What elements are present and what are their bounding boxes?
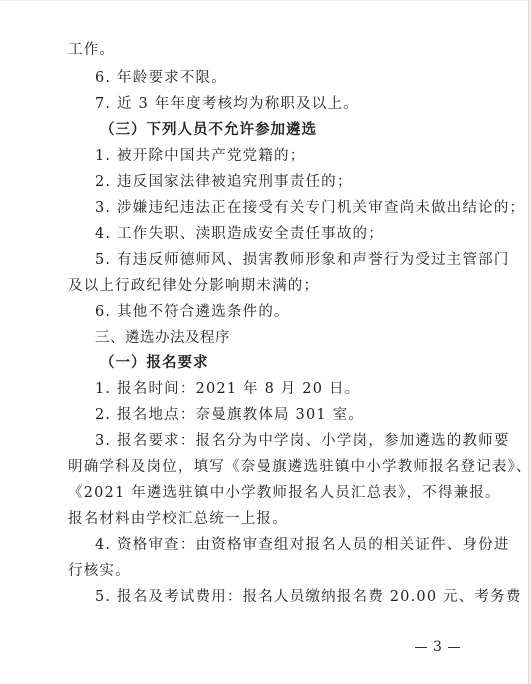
list-item: 2. 报名地点：奈曼旗教体局 301 室。: [95, 405, 364, 425]
list-item: 1. 报名时间：2021 年 8 月 20 日。: [95, 379, 360, 399]
list-item-continuation: 报名材料由学校汇总统一上报。: [68, 509, 288, 529]
list-item: 4. 工作失职、渎职造成安全责任事故的；: [95, 224, 384, 244]
list-item: 3. 涉嫌违纪违法正在接受有关专门机关审查尚未做出结论的；: [95, 198, 525, 218]
list-item-continuation: 明确学科及岗位，填写《奈曼旗遴选驻镇中小学教师报名登记表》、: [68, 457, 531, 477]
list-item: 5. 报名及考试费用：报名人员缴纳报名费 20.00 元、考务费: [95, 587, 522, 607]
list-item-continuation: 《2021 年遴选驻镇中小学教师报名人员汇总表》，不得兼报。: [68, 483, 501, 503]
page-number: 3: [415, 637, 460, 657]
list-item: 1. 被开除中国共产党党籍的；: [95, 146, 305, 166]
document-page: 工作。 6. 年龄要求不限。 7. 近 3 年年度考核均为称职及以上。 （三）下…: [0, 0, 530, 684]
chapter-heading: 三、遴选办法及程序: [95, 328, 230, 348]
list-item: 4. 资格审查：由资格审查组对报名人员的相关证件、身份进: [95, 535, 510, 555]
list-item: 6. 其他不符合遴选条件的。: [95, 302, 290, 322]
text-line: 7. 近 3 年年度考核均为称职及以上。: [95, 94, 359, 114]
list-item-continuation: 行核实。: [68, 561, 131, 581]
text-line: 6. 年龄要求不限。: [95, 68, 227, 88]
page-number-value: 3: [433, 637, 442, 657]
list-item: 5. 有违反师德师风、损害教师形象和声誉行为受过主管部门: [95, 250, 510, 270]
text-line: 工作。: [68, 40, 115, 60]
dash-left: [415, 647, 427, 648]
section-heading: （三）下列人员不允许参加遴选: [100, 120, 317, 140]
list-item-continuation: 及以上行政纪律处分影响期未满的；: [68, 276, 319, 296]
dash-right: [448, 647, 460, 648]
list-item: 3. 报名要求：报名分为中学岗、小学岗，参加遴选的教师要: [95, 431, 510, 451]
list-item: 2. 违反国家法律被追究刑事责任的；: [95, 172, 353, 192]
section-heading: （一）报名要求: [100, 353, 209, 373]
